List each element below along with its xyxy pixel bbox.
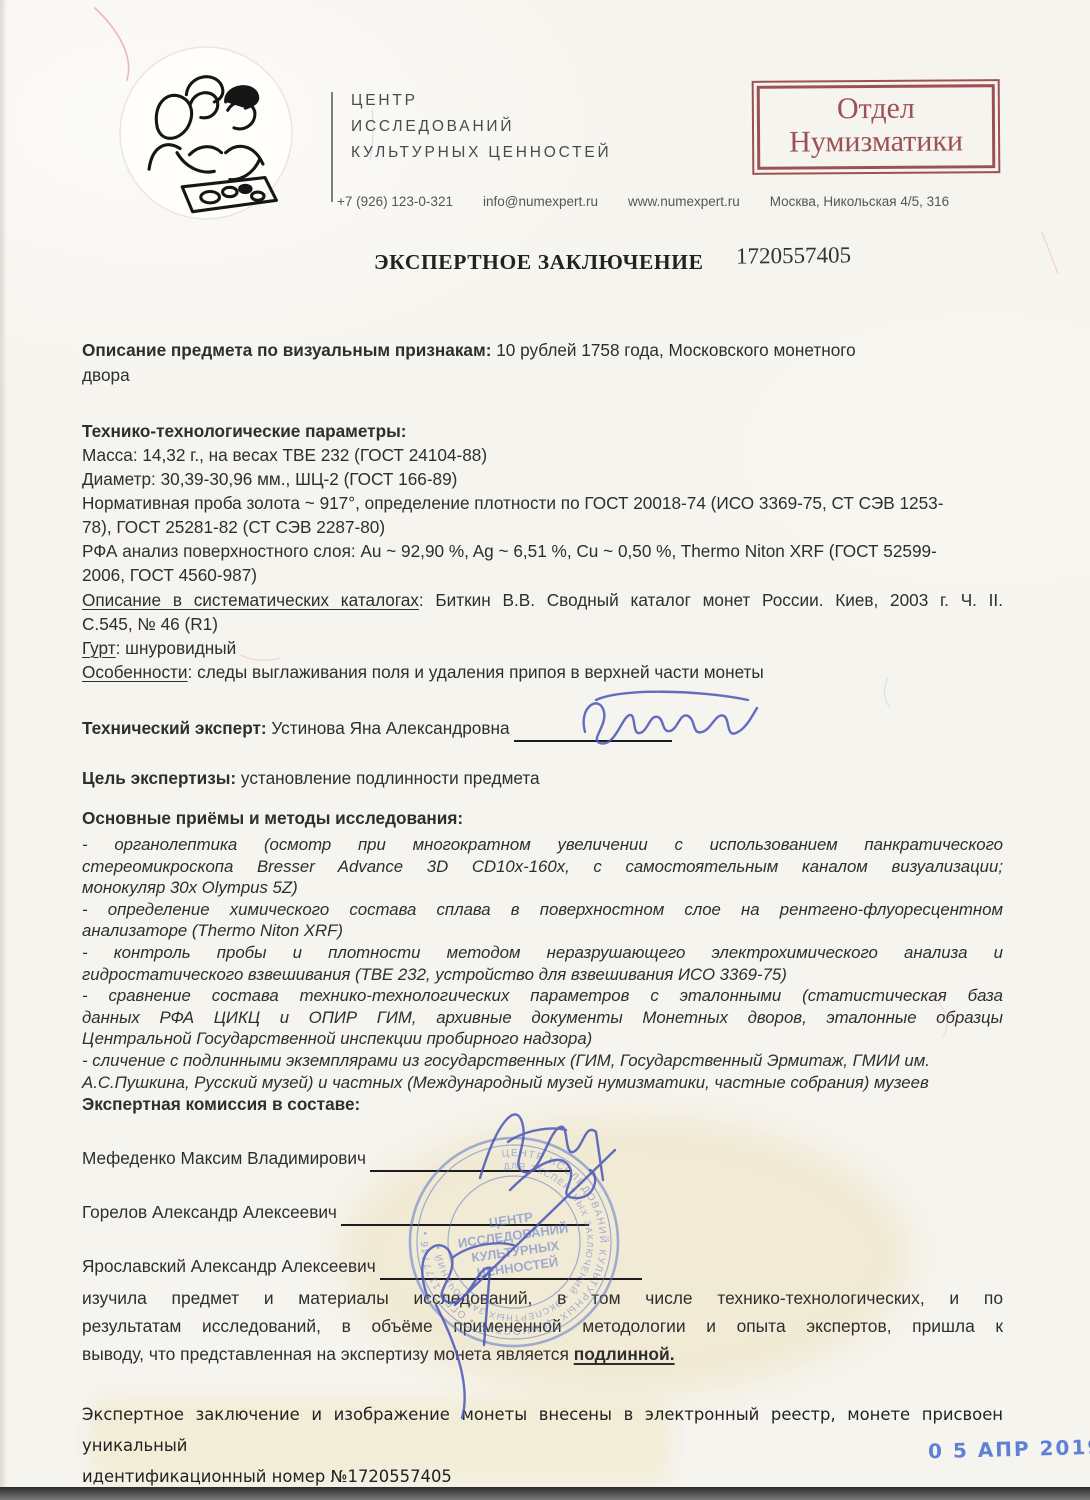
method-line: стереомикроскопа Bresser Advance 3D CD10… (82, 856, 1003, 878)
catalog-label: Описание в систематических каталогах (82, 590, 419, 610)
section-registry-note: Экспертное заключение и изображение моне… (82, 1399, 1003, 1492)
method-line: гидростатического взвешивания (ТВЕ 232, … (82, 964, 1003, 986)
tech-param-line: 2006, ГОСТ 4560-987) (82, 563, 1003, 587)
tech-param-line: 78), ГОСТ 25281-82 (СТ СЭВ 2287-80) (82, 515, 1003, 539)
section-purpose: Цель экспертизы: установление подлинност… (82, 766, 1003, 790)
signature-line (514, 740, 672, 742)
method-line: - сравнение состава технико-технологичес… (82, 985, 1003, 1007)
postal-address: Москва, Никольская 4/5, 316 (770, 194, 949, 209)
contact-row: +7 (926) 123-0-321 info@numexpert.ru www… (337, 194, 949, 209)
document-title: ЭКСПЕРТНОЕ ЗАКЛЮЧЕНИЕ (374, 250, 704, 275)
method-line: анализаторе (Thermo Niton XRF) (82, 920, 1003, 942)
technical-expert-label: Технический эксперт: (82, 718, 267, 738)
purpose-label: Цель экспертизы: (82, 768, 236, 788)
round-seal: ЦЕНТР ИССЛЕДОВАНИЙ КУЛЬТУРНЫХ ЦЕННОСТЕЙ … (392, 1120, 636, 1364)
tech-param-line: РФА анализ поверхностного слоя: Au ~ 92,… (82, 539, 1003, 563)
department-stamp-line: Нумизматики (764, 124, 988, 159)
org-name: ЦЕНТР ИССЛЕДОВАНИЙ КУЛЬТУРНЫХ ЦЕННОСТЕЙ (351, 88, 611, 166)
catalog-text: : Биткин В.В. Сводный каталог монет Росс… (419, 590, 1003, 610)
purpose-text: установление подлинности предмета (236, 768, 539, 788)
features-label: Особенности (82, 662, 188, 682)
catalog-text: С.545, № 46 (R1) (82, 612, 1003, 636)
methods-heading: Основные приёмы и методы исследования: (82, 806, 1003, 830)
method-line: Центральной Государственной инспекции пр… (82, 1028, 1003, 1050)
section-description: Описание предмета по визуальным признака… (82, 338, 1003, 388)
method-line: - контроль пробы и плотности методом нер… (82, 942, 1003, 964)
header-divider (331, 92, 333, 202)
commission-member-name: Ярославский Александр Алексеевич (82, 1256, 376, 1276)
description-text: двора (82, 363, 1003, 388)
method-line: монокуляр 30x Olympus 5Z) (82, 877, 1003, 899)
edge-label: Гурт (82, 638, 116, 658)
section-catalog: Описание в систематических каталогах: Би… (82, 588, 1003, 684)
features-text: : следы выглаживания поля и удаления при… (188, 662, 764, 682)
email-address: info@numexpert.ru (483, 194, 598, 209)
method-line: - органолептика (осмотр при многократном… (82, 834, 1003, 856)
tech-params-heading: Технико-технологические параметры: (82, 419, 1003, 443)
date-stamp: 0 5 АПР 2019 (928, 1435, 1090, 1464)
org-name-line: КУЛЬТУРНЫХ ЦЕННОСТЕЙ (351, 140, 611, 166)
method-line: данных РФА ЦИКЦ и ОПИР ГИМ, архивные док… (82, 1007, 1003, 1029)
phone-number: +7 (926) 123-0-321 (337, 194, 453, 209)
method-line: - сличение с подлинными экземплярами из … (82, 1050, 1003, 1072)
commission-heading: Экспертная комиссия в составе: (82, 1092, 1003, 1116)
registry-line: Экспертное заключение и изображение моне… (82, 1399, 1003, 1461)
commission-member-name: Горелов Александр Алексеевич (82, 1202, 337, 1222)
edge-text: : шнуровидный (116, 638, 237, 658)
commission-member-name: Мефеденко Максим Владимирович (82, 1148, 366, 1168)
description-text: 10 рублей 1758 года, Московского монетно… (491, 340, 855, 360)
scan-edge (0, 1487, 1090, 1500)
department-stamp: Отдел Нумизматики (752, 79, 1001, 175)
tech-param-line: Диаметр: 30,39-30,96 мм., ШЦ-2 (ГОСТ 166… (82, 467, 1003, 491)
tech-param-line: Масса: 14,32 г., на весах ТВЕ 232 (ГОСТ … (82, 443, 1003, 467)
method-line: А.С.Пушкина, Русский музей) и частных (М… (82, 1072, 1003, 1094)
section-methods: Основные приёмы и методы исследования: -… (82, 806, 1003, 1093)
numismatists-logo (118, 45, 294, 221)
scan-edge (0, 0, 7, 1500)
department-stamp-line: Отдел (764, 91, 988, 126)
description-label: Описание предмета по визуальным признака… (82, 340, 491, 360)
technical-expert-row: Технический эксперт: Устинова Яна Алекса… (82, 716, 1003, 740)
org-name-line: ИССЛЕДОВАНИЙ (351, 114, 611, 140)
org-name-line: ЦЕНТР (351, 88, 611, 114)
document-number: 1720557405 (736, 242, 851, 269)
verdict-text: подлинной. (574, 1344, 675, 1364)
method-line: - определение химического состава сплава… (82, 899, 1003, 921)
tech-param-line: Нормативная проба золота ~ 917°, определ… (82, 491, 1003, 515)
website-url: www.numexpert.ru (628, 194, 740, 209)
section-tech-params: Технико-технологические параметры: Масса… (82, 419, 1003, 587)
technical-expert-name: Устинова Яна Александровна (267, 718, 510, 738)
scanned-document-page: { "doc": { "header": { "org_name_lines":… (0, 0, 1090, 1500)
